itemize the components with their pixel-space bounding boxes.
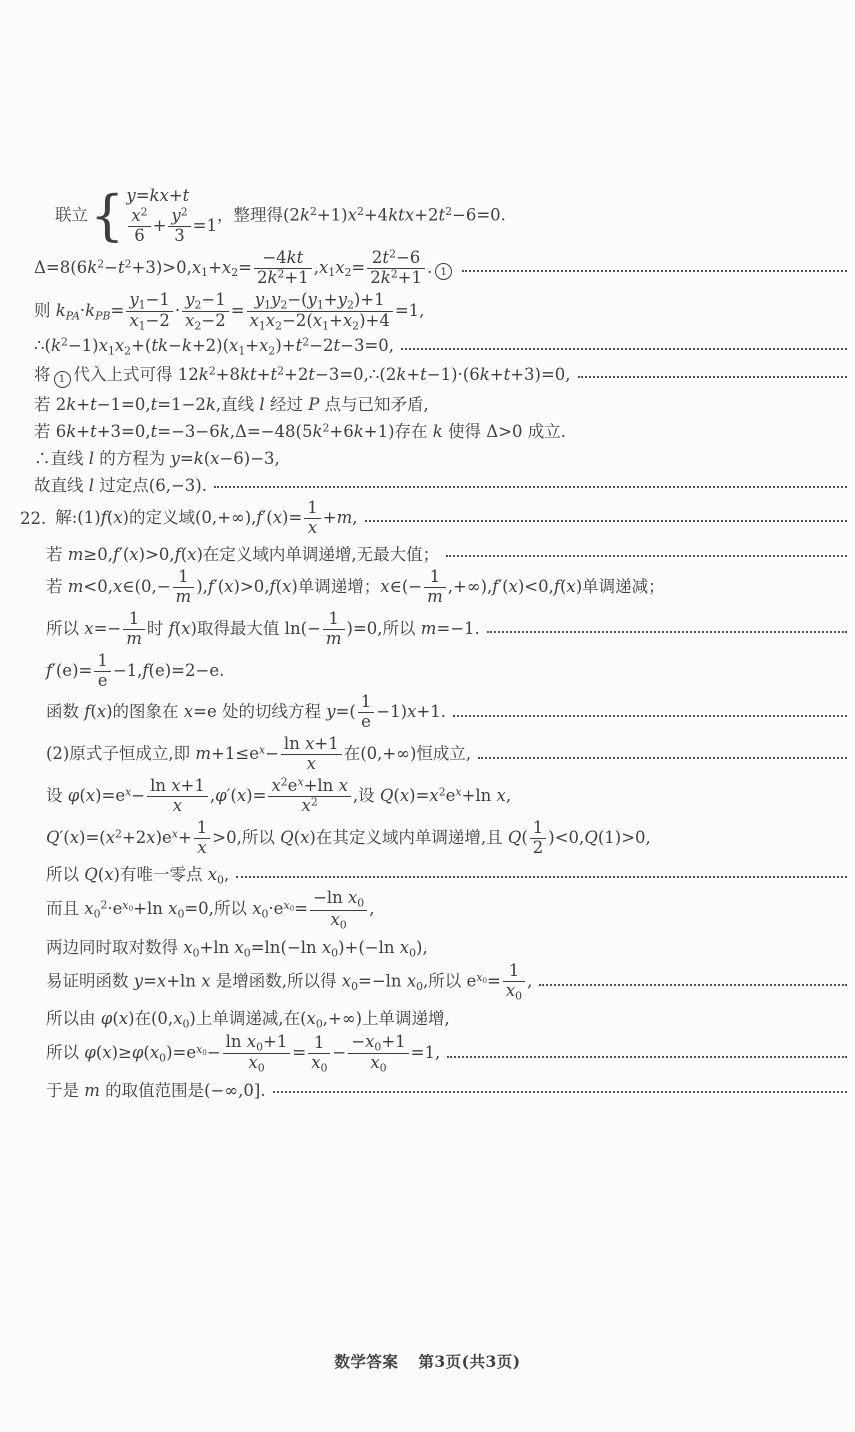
- text-run: ,+∞)上单调递增,: [323, 1009, 450, 1028]
- solution-line-8: ∴直线 l 的方程为 y=k(x−6)−3,: [34, 445, 849, 469]
- fraction-denominator: m: [173, 588, 195, 607]
- math-var: y: [271, 290, 280, 309]
- text-run: ≥0,: [83, 545, 113, 564]
- math-var: m: [427, 587, 443, 606]
- circled-one-ref: 1: [435, 263, 452, 280]
- math-var: k: [51, 336, 61, 355]
- text-run: =1−2: [157, 395, 206, 414]
- math-var: x: [343, 311, 352, 330]
- dotted-leader: [462, 268, 847, 272]
- line-content: ∴(k2−1)x1x2+(tk−k+2)(x1+x2)+t2−2t−3=0,: [34, 336, 394, 357]
- fraction-numerator: ln x0+1: [223, 1033, 291, 1054]
- fraction-numerator: y2−1: [182, 291, 229, 312]
- math-var: x: [197, 838, 206, 857]
- text-run: e: [186, 1043, 196, 1062]
- text-run: +1: [314, 734, 338, 753]
- math-var: x: [308, 518, 317, 537]
- subscript: 0: [244, 946, 251, 959]
- text-run: 2: [257, 268, 268, 287]
- text-run: 2: [311, 796, 318, 809]
- fraction: 1m: [123, 610, 145, 649]
- text-run: (−: [280, 938, 300, 957]
- text-run: 解:(1): [55, 508, 100, 527]
- text-run: )单调递减；: [576, 577, 665, 596]
- text-run: ∈(0,−: [122, 577, 170, 596]
- math-var: x: [171, 776, 180, 795]
- math-var: x: [157, 971, 166, 990]
- fraction: 1x0: [308, 1034, 330, 1074]
- text-run: 0: [515, 989, 522, 1002]
- cases-brace: {: [90, 190, 124, 241]
- line-content: ∴直线 l 的方程为 y=k(x−6)−3,: [34, 445, 280, 469]
- math-var: x: [566, 577, 575, 596]
- fraction: y23: [168, 207, 190, 246]
- math-var: φ: [68, 786, 80, 805]
- text-run: ,: [224, 865, 229, 884]
- math-var: ktx: [388, 205, 414, 224]
- text-run: ∈(−: [390, 577, 422, 596]
- math-var: y: [134, 971, 143, 990]
- text-run: )有唯一零点: [114, 865, 208, 884]
- math-var: x: [106, 828, 115, 847]
- text-run: ′(: [227, 786, 237, 805]
- text-run: e: [115, 786, 125, 805]
- text-run: e: [288, 776, 298, 795]
- text-run: −3=0,: [340, 336, 394, 355]
- text-run: =−3−6: [157, 422, 219, 441]
- math-var: x: [400, 938, 409, 957]
- text-run: 0: [340, 918, 347, 931]
- math-var: x: [322, 938, 331, 957]
- solution-line-21: 两边同时取对数得 x0+ln x0=ln(−ln x0)+(−ln x0),: [46, 934, 849, 959]
- text-run: e: [162, 828, 172, 847]
- fraction-numerator: 1: [503, 962, 525, 982]
- fraction-numerator: 1: [323, 610, 345, 630]
- solution-line-2: Δ=8(6k2−t2+3)>0,x1+x2=−4kt2k2+1,x1x2=2t2…: [34, 249, 849, 288]
- superscript: 2: [389, 247, 396, 260]
- math-var: Q: [46, 828, 60, 847]
- math-var: m: [176, 587, 192, 606]
- text-run: −: [131, 786, 145, 805]
- math-var: m: [421, 619, 437, 638]
- line-content: 若 m<0,x∈(0,−1m),f′(x)>0,f(x)单调递增；x∈(−1m,…: [46, 568, 665, 607]
- page-footer: 数学答案第3页(共3页): [0, 1350, 855, 1372]
- subscript: 1: [259, 319, 266, 332]
- fraction-numerator: 1: [530, 819, 547, 839]
- superscript: 2: [445, 205, 452, 218]
- text-run: )<0,: [518, 577, 554, 596]
- text-run: +1): [317, 205, 348, 224]
- text-run: ln: [285, 619, 301, 638]
- text-run: ln: [475, 786, 491, 805]
- fraction: x2ex+ln xx2: [268, 777, 350, 816]
- fraction-numerator: 1: [194, 819, 211, 839]
- fraction-numerator: 1: [308, 1034, 330, 1054]
- math-var: k: [56, 301, 66, 320]
- text-run: ,+∞),: [448, 577, 493, 596]
- text-run: )的图象在: [106, 702, 184, 721]
- footer-doc-title: 数学答案: [334, 1352, 398, 1371]
- text-run: ∴直线: [34, 449, 89, 468]
- fraction-numerator: ln x+1: [147, 777, 208, 797]
- subscript: 0: [316, 1017, 323, 1030]
- text-run: (1)>0,: [598, 828, 651, 847]
- dotted-leader: [453, 713, 847, 717]
- text-run: ln: [150, 776, 166, 795]
- text-run: ln: [147, 900, 163, 919]
- math-var: x: [129, 545, 138, 564]
- text-run: +: [323, 508, 337, 527]
- subscript: 0: [409, 946, 416, 959]
- text-run: ),: [416, 938, 428, 957]
- text-run: 若 2: [34, 395, 66, 414]
- text-run: )=: [246, 786, 266, 805]
- text-run: >0,所以: [212, 828, 280, 847]
- superscript: 2: [141, 205, 148, 218]
- math-var: PA: [66, 309, 80, 322]
- superscript: 2: [391, 267, 398, 280]
- text-run: =: [193, 702, 207, 721]
- line-content: 将1代入上式可得 12k2+8kt+t2+2t−3=0,∴(2k+t−1)·(6…: [34, 361, 571, 388]
- text-run: +: [166, 971, 180, 990]
- text-run: +: [199, 938, 213, 957]
- text-run: +: [208, 258, 222, 277]
- text-run: =0,所以: [184, 900, 252, 919]
- fraction: y2−1x2−2: [182, 291, 229, 332]
- text-run: 1: [314, 1033, 325, 1052]
- math-var: x: [129, 311, 138, 330]
- math-var: x: [102, 1043, 111, 1062]
- text-run: 2: [533, 838, 544, 857]
- line-content: 所以 φ(x)≥φ(x0)=ex0−ln x0+1x0=1x0−−x0+1x0=…: [46, 1033, 440, 1074]
- math-var: k: [220, 422, 230, 441]
- text-run: )>0,: [233, 577, 269, 596]
- text-run: e: [62, 661, 72, 680]
- dotted-leader: [447, 1054, 847, 1058]
- text-run: +4: [364, 205, 388, 224]
- text-run: 2: [115, 828, 122, 841]
- text-run: .: [427, 258, 432, 277]
- text-run: +(: [131, 336, 151, 355]
- text-run: 1: [307, 498, 318, 517]
- math-var: x: [201, 971, 210, 990]
- math-var: x: [150, 1043, 159, 1062]
- math-var: x: [119, 1009, 128, 1028]
- subscript: PB: [95, 309, 110, 322]
- subscript: 2: [347, 298, 354, 311]
- text-run: +1: [263, 1032, 287, 1051]
- text-run: 易证明函数: [46, 971, 134, 990]
- fraction-numerator: x2: [128, 207, 150, 227]
- line-content: Δ=8(6k2−t2+3)>0,x1+x2=−4kt2k2+1,x1x2=2t2…: [34, 249, 455, 288]
- math-var: x: [348, 888, 357, 907]
- math-var: x: [173, 796, 182, 815]
- math-var: k: [87, 258, 97, 277]
- math-var: k: [480, 365, 490, 384]
- fraction-numerator: 1: [94, 652, 111, 672]
- subscript: 0: [256, 1040, 263, 1053]
- dotted-leader: [365, 518, 847, 522]
- fraction: −ln x0x0: [310, 889, 367, 930]
- text-run: 0: [416, 980, 423, 993]
- math-var: P: [308, 395, 319, 414]
- fraction-denominator: 6: [128, 227, 150, 246]
- text-run: −1,: [113, 661, 143, 680]
- fraction-denominator: x0: [503, 982, 525, 1002]
- text-run: +: [153, 216, 167, 235]
- math-var: t: [183, 186, 190, 205]
- text-run: (−: [301, 619, 321, 638]
- text-run: 2: [391, 267, 398, 280]
- text-run: e: [361, 712, 371, 731]
- text-run: ln: [379, 938, 395, 957]
- fraction-denominator: e: [94, 672, 111, 691]
- text-run: =1: [193, 216, 217, 235]
- math-var: m: [337, 508, 353, 527]
- text-run: ln: [327, 888, 343, 907]
- text-run: 1: [178, 567, 189, 586]
- text-run: .: [219, 661, 224, 680]
- superscript: 2: [439, 786, 446, 799]
- text-run: Δ=8(6: [34, 258, 87, 277]
- subscript: 1: [264, 298, 271, 311]
- text-run: −1=0,: [97, 395, 151, 414]
- fraction: 1e: [358, 693, 375, 732]
- text-run: 若: [46, 545, 68, 564]
- text-run: 0: [217, 874, 224, 887]
- math-var: x: [429, 786, 438, 805]
- math-var: x: [407, 971, 416, 990]
- text-run: −: [168, 336, 182, 355]
- math-var: x: [115, 336, 124, 355]
- text-run: )=: [95, 786, 115, 805]
- line-content: 所以由 φ(x)在(0,x0)上单调递减,在(x0,+∞)上单调递增,: [46, 1005, 450, 1030]
- line-content: 易证明函数 y=x+ln x 是增函数,所以得 x0=−ln x0,所以 ex0…: [46, 962, 532, 1002]
- subscript: PA: [66, 309, 80, 322]
- text-run: 的取值范围是(−∞,0].: [100, 1081, 266, 1100]
- fraction: 2t2−62k2+1: [367, 249, 425, 288]
- text-run: 0: [351, 980, 358, 993]
- subscript: 0: [258, 1062, 265, 1075]
- text-run: )在其定义域内单调递增,且: [309, 828, 507, 847]
- text-run: ,直线: [216, 395, 260, 414]
- text-run: +3)>0,: [132, 258, 192, 277]
- solution-line-22: 易证明函数 y=x+ln x 是增函数,所以得 x0=−ln x0,所以 ex0…: [46, 962, 849, 1002]
- superscript: 2: [181, 205, 188, 218]
- fraction: 1x0: [503, 962, 525, 1002]
- math-var: x: [348, 205, 357, 224]
- text-run: 0: [256, 1040, 263, 1053]
- text-run: ln: [301, 938, 317, 957]
- fraction-numerator: 1: [123, 610, 145, 630]
- text-run: +: [76, 422, 90, 441]
- math-var: Q: [584, 828, 598, 847]
- dotted-leader: [236, 874, 847, 878]
- text-run: 1: [430, 567, 441, 586]
- text-run: 代入上式可得 12: [74, 365, 199, 384]
- text-run: 0: [357, 897, 364, 910]
- text-run: 将: [34, 365, 51, 384]
- math-var: m: [126, 629, 142, 648]
- text-run: −6: [396, 248, 420, 267]
- math-var: y: [255, 290, 264, 309]
- text-run: 过定点(6,−3).: [94, 476, 207, 495]
- fraction-denominator: 2k2+1: [254, 269, 312, 288]
- solution-line-12: 若 m<0,x∈(0,−1m),f′(x)>0,f(x)单调递增；x∈(−1m,…: [46, 568, 849, 607]
- text-run: e: [467, 971, 477, 990]
- text-run: ′(: [119, 545, 129, 564]
- fraction: 1m: [323, 610, 345, 649]
- text-run: −1: [146, 290, 170, 309]
- text-run: +1: [181, 776, 205, 795]
- subscript: 1: [108, 344, 115, 357]
- line-content: 于是 m 的取值范围是(−∞,0].: [46, 1077, 266, 1101]
- fraction-numerator: y1−1: [126, 291, 173, 312]
- solution-line-1: 联立{y=kx+tx26+y23=1，整理得(2k2+1)x2+4ktx+2t2…: [55, 186, 849, 246]
- text-run: −(: [287, 290, 307, 309]
- text-run: )>0,: [139, 545, 175, 564]
- math-var: t: [308, 365, 315, 384]
- text-run: 所以: [46, 619, 84, 638]
- math-var: x: [86, 786, 95, 805]
- superscript: 2: [125, 257, 132, 270]
- text-run: 1: [264, 298, 271, 311]
- subscript: 1: [139, 319, 146, 332]
- fraction-denominator: x0: [308, 1054, 330, 1074]
- text-run: 2: [125, 257, 132, 270]
- superscript: 2: [277, 365, 284, 378]
- subscript: 1: [317, 298, 324, 311]
- text-run: ,Δ=−48(5: [230, 422, 313, 441]
- text-run: 于是: [46, 1081, 84, 1100]
- footer-page-info: 第3页(共3页): [418, 1352, 520, 1371]
- math-var: x: [250, 311, 259, 330]
- math-var: x: [146, 828, 155, 847]
- text-run: ,所以: [423, 971, 467, 990]
- math-var: m: [326, 629, 342, 648]
- answer-sheet-page: 联立{y=kx+tx26+y23=1，整理得(2k2+1)x2+4ktx+2t2…: [0, 0, 855, 1432]
- text-run: +: [245, 336, 259, 355]
- text-run: −: [207, 1043, 221, 1062]
- text-run: 1: [259, 319, 266, 332]
- line-content: 两边同时取对数得 x0+ln x0=ln(−ln x0)+(−ln x0),: [46, 934, 428, 959]
- fraction-numerator: −ln x0: [310, 889, 367, 910]
- text-run: 2: [370, 268, 381, 287]
- math-var: x: [307, 754, 316, 773]
- text-run: 两边同时取对数得: [46, 938, 183, 957]
- fraction-denominator: x0: [348, 1054, 408, 1074]
- fraction: ln x+1x: [281, 735, 342, 774]
- math-var: y: [129, 290, 138, 309]
- solution-line-23: 所以由 φ(x)在(0,x0)上单调递减,在(x0,+∞)上单调递增,: [46, 1005, 849, 1030]
- text-run: 点与已知矛盾,: [319, 395, 429, 414]
- math-var: x: [497, 786, 506, 805]
- subscript: 0: [357, 897, 364, 910]
- fraction: y1−1x1−2: [126, 291, 173, 332]
- math-var: k: [354, 422, 364, 441]
- text-run: −3=0,∴(2: [315, 365, 396, 384]
- text-run: 是增函数,所以得: [211, 971, 342, 990]
- math-var: y: [326, 702, 335, 721]
- system-row: y=kx+t: [126, 186, 217, 206]
- text-run: +6: [329, 422, 353, 441]
- fraction-denominator: x: [194, 839, 211, 858]
- math-var: t: [90, 422, 97, 441]
- fraction-numerator: 1: [424, 568, 446, 588]
- math-var: x: [234, 938, 243, 957]
- dotted-leader: [478, 755, 847, 759]
- text-run: ′(: [60, 828, 70, 847]
- text-run: ln: [180, 971, 196, 990]
- fraction-denominator: m: [323, 630, 345, 649]
- math-var: x: [183, 938, 192, 957]
- subscript: 1: [139, 298, 146, 311]
- superscript: 2: [281, 776, 288, 789]
- math-var: x: [380, 577, 389, 596]
- line-content: 解:(1)f(x)的定义域(0,+∞),f′(x)=1x+m,: [55, 499, 357, 538]
- line-content: 若 m≥0,f′(x)>0,f(x)在定义域内单调递增,无最大值；: [46, 541, 439, 565]
- text-run: 0: [244, 946, 251, 959]
- math-var: x: [509, 577, 518, 596]
- text-run: )+4: [359, 311, 390, 330]
- text-run: 1: [108, 344, 115, 357]
- text-run: ,: [506, 786, 511, 805]
- dotted-leader: [539, 982, 847, 986]
- text-run: 0: [316, 1017, 323, 1030]
- fraction-denominator: x: [304, 519, 321, 538]
- text-run: )单调递增；: [291, 577, 380, 596]
- text-run: e: [155, 661, 165, 680]
- fraction-numerator: −x0+1: [348, 1033, 408, 1054]
- text-run: 若 6: [34, 422, 66, 441]
- text-run: −2: [201, 311, 225, 330]
- text-run: 函数: [46, 702, 84, 721]
- text-run: ln: [265, 938, 281, 957]
- line-content: 故直线 l 过定点(6,−3).: [34, 472, 207, 496]
- math-var: m: [84, 1081, 100, 1100]
- text-run: +2)(: [192, 336, 229, 355]
- circled-one-ref: 1: [54, 371, 71, 388]
- math-var: k: [267, 268, 277, 287]
- line-content: 设 φ(x)=ex−ln x+1x,φ′(x)=x2ex+ln xx2,设 Q(…: [46, 777, 511, 816]
- text-run: 1: [197, 818, 208, 837]
- math-var: k: [194, 449, 204, 468]
- text-run: 0: [380, 1062, 387, 1075]
- math-var: x: [173, 1009, 182, 1028]
- text-run: ′(: [52, 661, 62, 680]
- solution-line-24: 所以 φ(x)≥φ(x0)=ex0−ln x0+1x0=1x0−−x0+1x0=…: [46, 1033, 849, 1074]
- text-run: 设: [46, 786, 68, 805]
- text-run: +2: [284, 365, 308, 384]
- math-var: m: [68, 545, 84, 564]
- fraction: ln x+1x: [147, 777, 208, 816]
- text-run: =: [292, 1043, 306, 1062]
- math-var: x: [300, 828, 309, 847]
- text-run: +: [462, 786, 476, 805]
- math-var: Q: [508, 828, 522, 847]
- text-run: −6)−3,: [219, 449, 279, 468]
- solution-line-4: ∴(k2−1)x1x2+(tk−k+2)(x1+x2)+t2−2t−3=0,: [34, 335, 849, 358]
- math-var: x: [84, 900, 93, 919]
- text-run: 0: [321, 1061, 328, 1074]
- text-run: 1: [97, 651, 108, 670]
- text-run: 所以: [46, 865, 84, 884]
- math-var: x: [192, 258, 201, 277]
- solution-line-17: 设 φ(x)=ex−ln x+1x,φ′(x)=x2ex+ln xx2,设 Q(…: [46, 777, 849, 816]
- text-run: −: [351, 1032, 365, 1051]
- text-run: ),: [196, 577, 208, 596]
- subscript: 0: [321, 1061, 328, 1074]
